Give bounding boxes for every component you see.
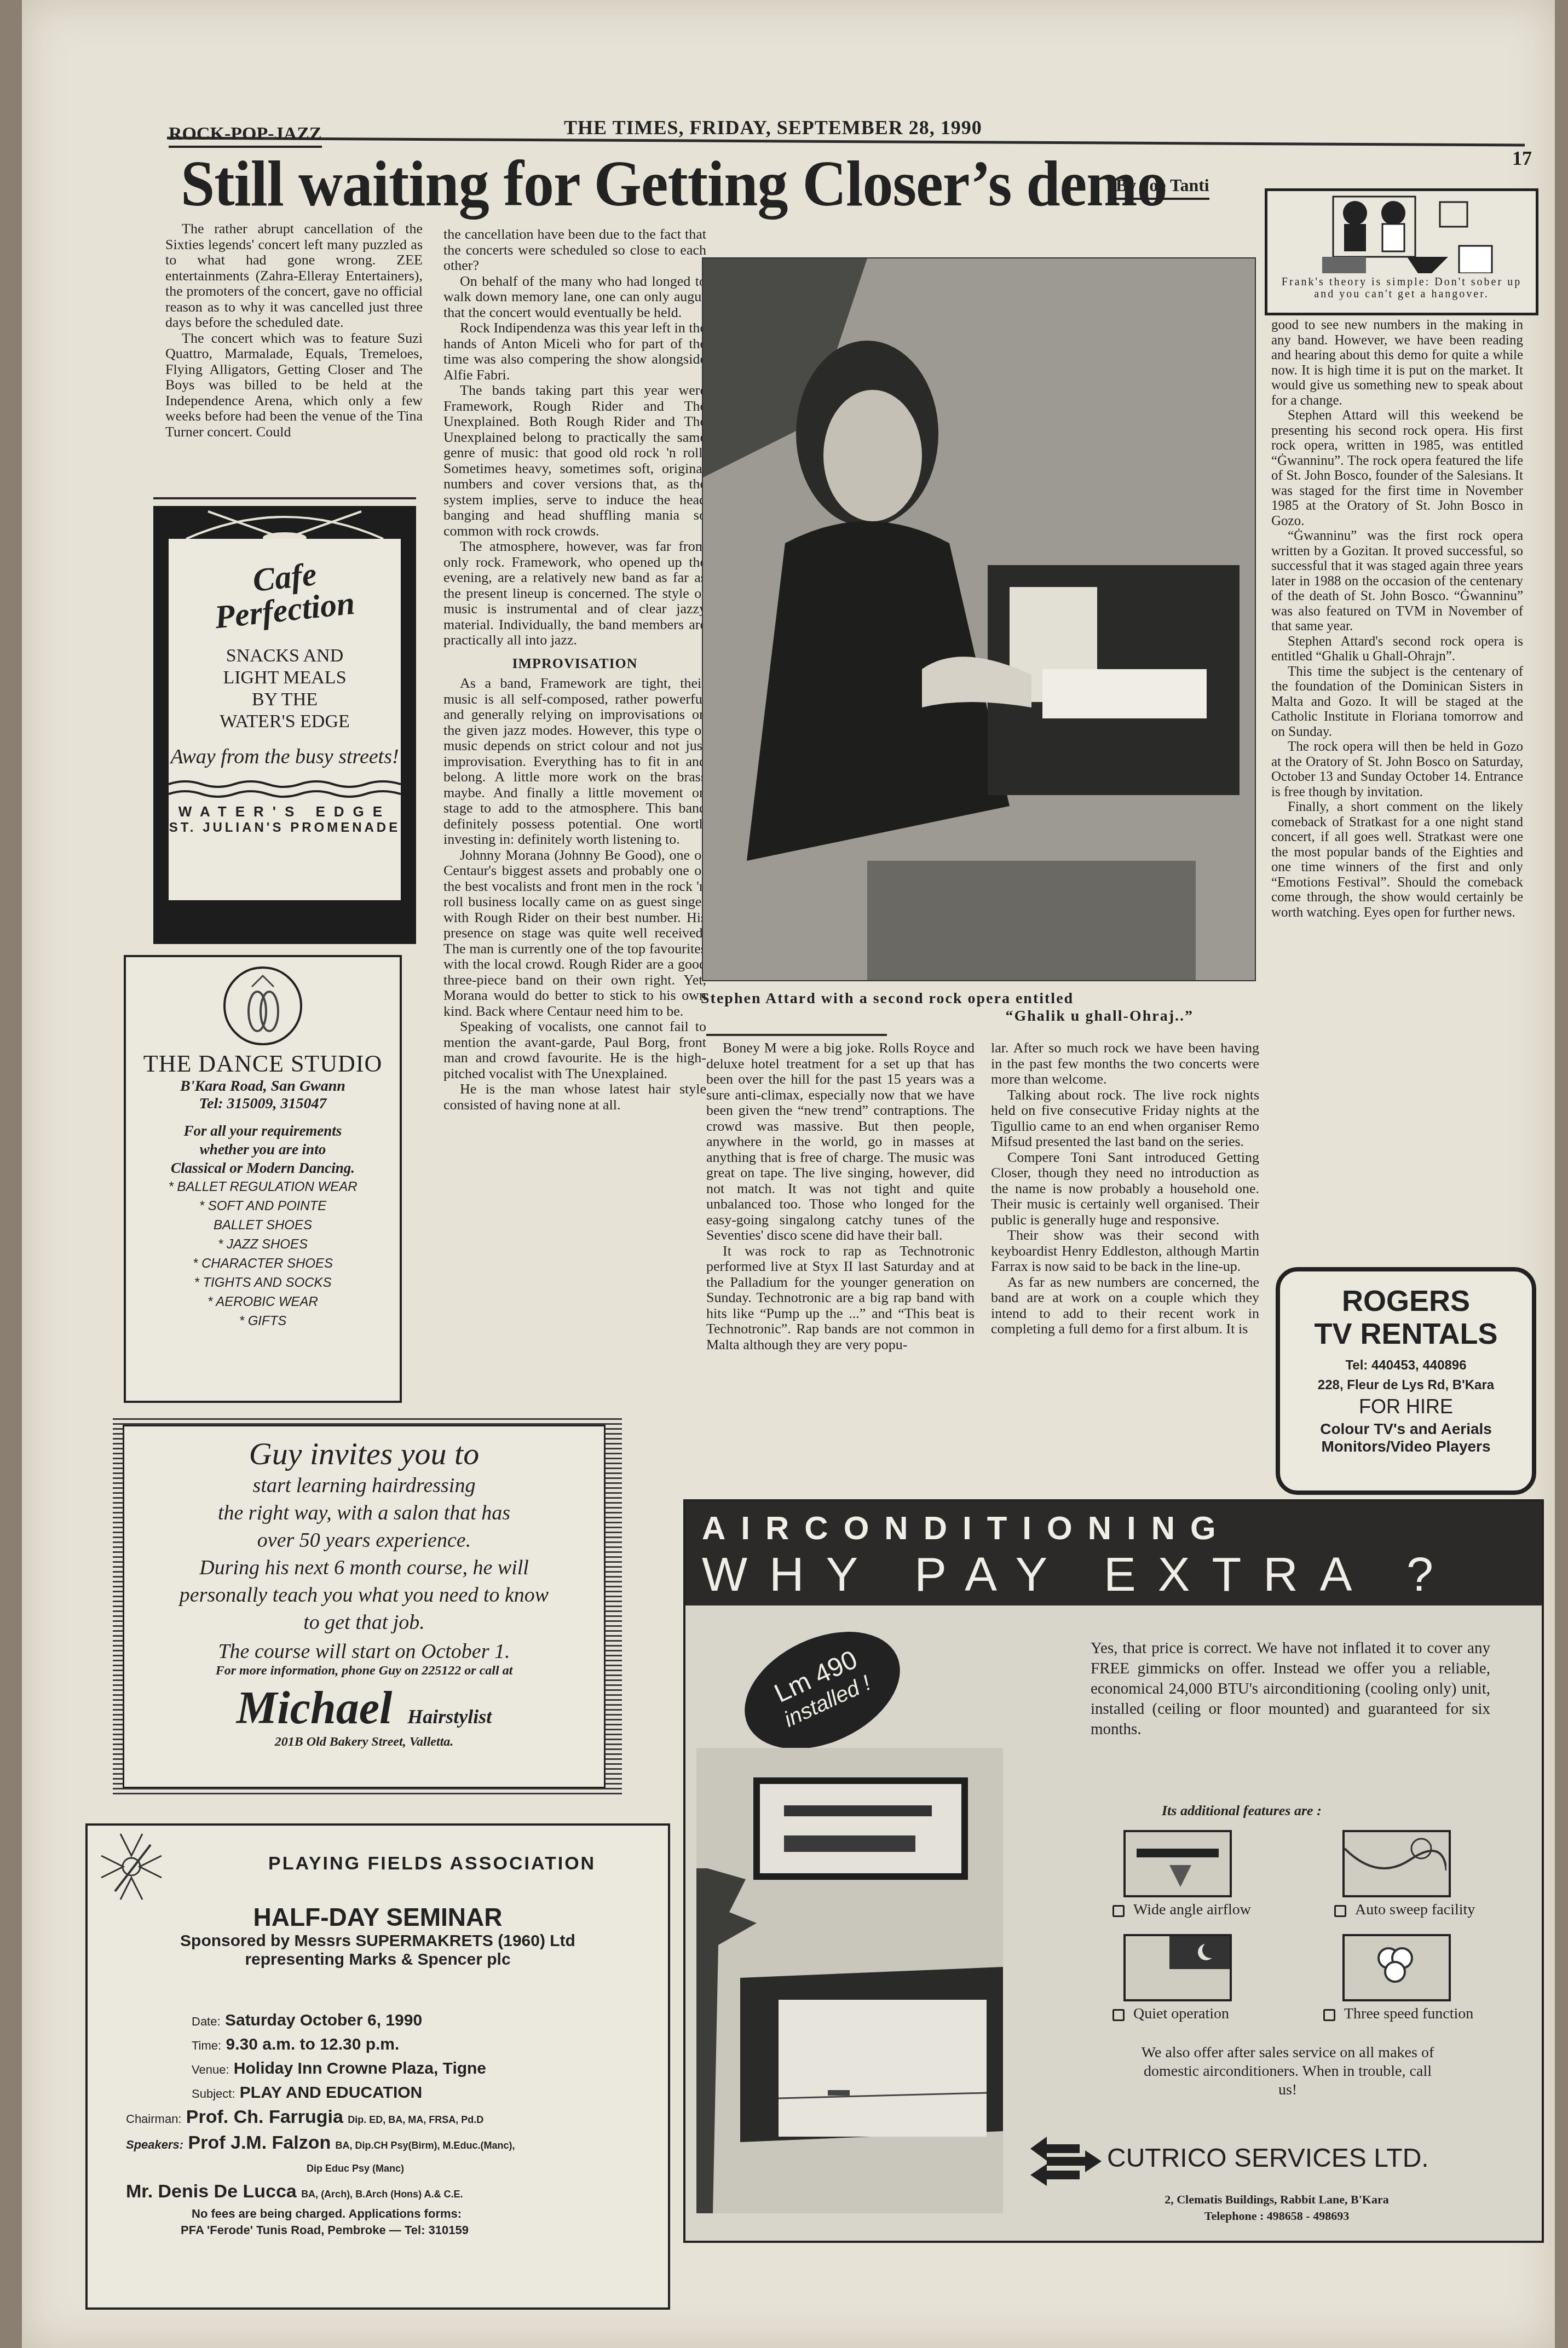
cafe-line: WATER'S EDGE — [169, 711, 401, 733]
guy-line: the right way, with a salon that has — [124, 1499, 604, 1527]
ad-cafe-perfection: Cafe Perfection SNACKS AND LIGHT MEALS B… — [153, 506, 416, 944]
dance-item: * AEROBIC WEAR — [126, 1292, 400, 1311]
pfa-fees: No fees are being charged. Applications … — [126, 2206, 515, 2222]
pfa-chairman: Prof. Ch. Farrugia — [186, 2107, 343, 2127]
pfa-contact: PFA 'Ferode' Tunis Road, Pembroke — Tel:… — [126, 2222, 515, 2238]
paragraph: The bands taking part this year were Fra… — [443, 383, 706, 539]
article-column-1: The rather abrupt cancellation of the Si… — [165, 221, 423, 440]
aircon-banner-line2: WHY PAY EXTRA ? — [685, 1547, 1542, 1599]
paragraph: Compere Toni Sant introduced Getting Clo… — [991, 1150, 1259, 1228]
guy-line: start learning hairdressing — [124, 1472, 604, 1499]
guy-lines: start learning hairdressing the right wa… — [124, 1472, 604, 1636]
feature-label: Three speed function — [1344, 2005, 1473, 2022]
checkbox-icon — [1112, 1905, 1125, 1917]
pfa-venue: Holiday Inn Crowne Plaza, Tigne — [234, 2059, 486, 2077]
sunrise-icon — [153, 506, 416, 539]
guy-start: The course will start on October 1. — [124, 1639, 604, 1664]
feature-label: Auto sweep facility — [1355, 1901, 1475, 1918]
pfa-sponsor-1: Sponsored by Messrs SUPERMAKRETS (1960) … — [88, 1932, 668, 1950]
article-photo-pianist — [702, 257, 1256, 981]
ad-dance-studio: THE DANCE STUDIO B'Kara Road, San Gwann … — [124, 955, 402, 1403]
ad-airconditioning: AIRCONDITIONING WHY PAY EXTRA ? Lm 490 i… — [683, 1499, 1544, 2243]
checkbox-icon — [1323, 2009, 1335, 2021]
feature-label: Quiet operation — [1133, 2005, 1229, 2022]
dance-item: * GIFTS — [126, 1311, 400, 1331]
aircon-telephone: Telephone : 498658 - 498693 — [1069, 2209, 1485, 2223]
paragraph: Boney M were a big joke. Rolls Royce and… — [706, 1040, 975, 1244]
pfa-speakers-label: Speakers: — [126, 2138, 183, 2151]
running-head: THE TIMES, FRIDAY, SEPTEMBER 28, 1990 — [564, 116, 982, 139]
ad-playing-fields-association: PLAYING FIELDS ASSOCIATION HALF-DAY SEMI… — [85, 1823, 670, 2310]
photo-caption: Stephen Attard with a second rock opera … — [701, 990, 1259, 1025]
waves-icon — [169, 779, 401, 801]
pfa-speaker-2: Mr. Denis De Lucca — [126, 2181, 297, 2202]
pfa-chairman-label: Chairman: — [126, 2112, 181, 2126]
paragraph: It was rock to rap as Technotronic perfo… — [706, 1244, 975, 1353]
section-label: ROCK-POP-JAZZ — [169, 124, 322, 148]
dance-intro-line: whether you are into — [126, 1140, 400, 1159]
paragraph: Rock Indipendenza was this year left in … — [443, 320, 706, 383]
cafe-panel: Cafe Perfection SNACKS AND LIGHT MEALS B… — [169, 539, 401, 900]
pfa-time: 9.30 a.m. to 12.30 p.m. — [226, 2035, 400, 2053]
rogers-items-1: Colour TV's and Aerials — [1280, 1420, 1532, 1438]
cafe-line: BY THE — [169, 689, 401, 711]
pfa-org: PLAYING FIELDS ASSOCIATION — [268, 1853, 596, 1874]
pianist-photo-icon — [703, 258, 1255, 980]
paragraph: Talking about rock. The live rock nights… — [991, 1087, 1259, 1150]
paragraph: As a band, Framework are tight, their mu… — [443, 676, 706, 848]
page-number: 17 — [1512, 147, 1532, 170]
paragraph: Their show was their second with keyboar… — [991, 1228, 1259, 1275]
aircon-service: We also offer after sales service on all… — [1134, 2044, 1441, 2099]
cartoon-caption: Frank's theory is simple: Don't sober up… — [1267, 276, 1536, 300]
cafe-tagline: Away from the busy streets! — [169, 745, 401, 769]
dance-item: * CHARACTER SHOES — [126, 1254, 400, 1273]
paragraph: “Ġwanninu” was the first rock opera writ… — [1271, 528, 1523, 634]
rogers-items-2: Monitors/Video Players — [1280, 1438, 1532, 1455]
article-byline: By Joe Tanti — [1116, 175, 1209, 200]
dance-items: * BALLET REGULATION WEAR * SOFT AND POIN… — [126, 1177, 400, 1331]
aircon-features-title: Its additional features are : — [1162, 1803, 1322, 1819]
wide-angle-airflow-icon — [1123, 1830, 1232, 1897]
aircon-company: CUTRICO SERVICES LTD. — [1107, 2143, 1429, 2173]
ballet-shoes-icon — [219, 965, 307, 1047]
pfa-time-label: Time: — [192, 2039, 221, 2052]
three-speed-icon — [1342, 1934, 1451, 2001]
article-column-5: lar. After so much rock we have been hav… — [991, 1040, 1259, 1337]
checkbox-icon — [1334, 1905, 1346, 1917]
cafe-lines: SNACKS AND LIGHT MEALS BY THE WATER'S ED… — [169, 645, 401, 733]
dance-tel: Tel: 315009, 315047 — [126, 1095, 400, 1113]
guy-line: to get that job. — [124, 1609, 604, 1636]
pfa-speaker-1-quals-2: Dip Educ Psy (Manc) — [126, 2157, 515, 2180]
guy-title: Guy invites you to — [124, 1435, 604, 1472]
paragraph: the cancellation have been due to the fa… — [443, 227, 706, 274]
paragraph: This time the subject is the centenary o… — [1271, 664, 1523, 740]
paragraph: On behalf of the many who had longed to … — [443, 274, 706, 321]
guy-address: 201B Old Bakery Street, Valletta. — [124, 1735, 604, 1750]
pfa-speaker-1: Prof J.M. Falzon — [188, 2132, 331, 2153]
paragraph: Stephen Attard will this weekend be pres… — [1271, 408, 1523, 528]
column-rule — [153, 497, 416, 499]
dance-item: BALLET SHOES — [126, 1216, 400, 1235]
pfa-title: HALF-DAY SEMINAR — [88, 1902, 668, 1932]
paragraph: Speaking of vocalists, one cannot fail t… — [443, 1019, 706, 1081]
article-column-2: the cancellation have been due to the fa… — [443, 227, 706, 1113]
paragraph: Finally, a short comment on the likely c… — [1271, 799, 1523, 920]
dance-item: * JAZZ SHOES — [126, 1235, 400, 1254]
dance-item: * BALLET REGULATION WEAR — [126, 1177, 400, 1196]
pfa-date: Saturday October 6, 1990 — [225, 2011, 422, 2029]
quiet-operation-icon — [1123, 1934, 1232, 2001]
dance-item: * SOFT AND POINTE — [126, 1196, 400, 1216]
pfa-venue-label: Venue: — [192, 2063, 229, 2076]
dance-address: B'Kara Road, San Gwann — [126, 1078, 400, 1095]
guy-line: During his next 6 month course, he will — [124, 1554, 604, 1581]
cafe-footer-line1: WATER'S EDGE — [169, 803, 401, 820]
pfa-subject-label: Subject: — [192, 2087, 235, 2100]
caption-line-1: Stephen Attard with a second rock opera … — [701, 990, 1259, 1008]
pfa-subject: PLAY AND EDUCATION — [240, 2084, 422, 2102]
newspaper-page: THE TIMES, FRIDAY, SEPTEMBER 28, 1990 17… — [22, 0, 1555, 2348]
aircon-address: 2, Clematis Buildings, Rabbit Lane, B'Ka… — [1069, 2192, 1485, 2207]
feature-quiet-operation: Quiet operation — [1112, 2005, 1229, 2023]
paragraph: The concert which was to feature Suzi Qu… — [165, 331, 423, 440]
paragraph: The atmosphere, however, was far from on… — [443, 539, 706, 648]
pfa-chairman-quals: Dip. ED, BA, MA, FRSA, Pd.D — [348, 2114, 483, 2125]
cartoon-drawing-icon — [1267, 191, 1530, 273]
rogers-tel: Tel: 440453, 440896 — [1280, 1358, 1532, 1373]
paragraph: The rather abrupt cancellation of the Si… — [165, 221, 423, 331]
exchange-arrows-icon — [1030, 2137, 1102, 2186]
paragraph: Johnny Morana (Johnny Be Good), one of C… — [443, 848, 706, 1020]
rogers-hire: FOR HIRE — [1280, 1395, 1532, 1418]
maltese-cross-icon — [99, 1831, 164, 1902]
pfa-speaker-1-quals: BA, Dip.CH Psy(Birm), M.Educ.(Manc), — [336, 2140, 515, 2151]
dance-intro: For all your requirements whether you ar… — [126, 1121, 400, 1177]
dance-intro-line: Classical or Modern Dancing. — [126, 1159, 400, 1177]
cafe-line: LIGHT MEALS — [169, 667, 401, 689]
paragraph: Stephen Attard's second rock opera is en… — [1271, 634, 1523, 664]
paragraph: good to see new numbers in the making in… — [1271, 318, 1523, 408]
pfa-details: HALF-DAY SEMINAR Sponsored by Messrs SUP… — [88, 1902, 668, 1969]
pfa-speaker-2-quals: BA, (Arch), B.Arch (Hons) A.& C.E. — [301, 2189, 463, 2200]
cartoon-box: Frank's theory is simple: Don't sober up… — [1265, 188, 1538, 315]
dance-intro-line: For all your requirements — [126, 1121, 400, 1140]
feature-wide-angle-airflow: Wide angle airflow — [1112, 1901, 1251, 1919]
aircon-banner: AIRCONDITIONING WHY PAY EXTRA ? — [685, 1501, 1542, 1605]
dance-item: * TIGHTS AND SOCKS — [126, 1273, 400, 1292]
caption-line-2: “Ghalik u ghall-Ohraj..” — [701, 1008, 1259, 1025]
ad-rogers-tv-rentals: ROGERS TV RENTALS Tel: 440453, 440896 22… — [1276, 1267, 1536, 1495]
pfa-schedule: Date: Saturday October 6, 1990 Time: 9.3… — [126, 2009, 515, 2238]
paragraph: lar. After so much rock we have been hav… — [991, 1040, 1259, 1087]
article-column-4: Boney M were a big joke. Rolls Royce and… — [706, 1040, 975, 1353]
cafe-line: SNACKS AND — [169, 645, 401, 667]
feature-auto-sweep: Auto sweep facility — [1334, 1901, 1475, 1919]
cafe-footer-line2: ST. JULIAN'S PROMENADE — [169, 820, 401, 836]
article-column-6: good to see new numbers in the making in… — [1271, 318, 1523, 920]
guy-name: Michael — [237, 1683, 393, 1734]
guy-line: over 50 years experience. — [124, 1527, 604, 1554]
aircon-unit-photo-icon — [696, 1748, 1003, 2213]
guy-line: personally teach you what you need to kn… — [124, 1581, 604, 1609]
pfa-sponsor-2: representing Marks & Spencer plc — [88, 1950, 668, 1969]
article-subhead: IMPROVISATION — [443, 656, 706, 672]
rogers-line2: TV RENTALS — [1280, 1317, 1532, 1350]
pfa-date-label: Date: — [192, 2015, 221, 2028]
hairstylist-panel: Guy invites you to start learning hairdr… — [123, 1425, 606, 1788]
rogers-line1: ROGERS — [1280, 1285, 1532, 1317]
dance-title: THE DANCE STUDIO — [126, 1050, 400, 1078]
guy-info: For more information, phone Guy on 22512… — [124, 1664, 604, 1678]
paragraph: He is the man whose latest hair style co… — [443, 1081, 706, 1113]
aircon-body: Yes, that price is correct. We have not … — [1091, 1638, 1490, 1740]
ad-michael-hairstylist: Guy invites you to start learning hairdr… — [113, 1418, 622, 1796]
auto-sweep-icon — [1342, 1830, 1451, 1897]
feature-label: Wide angle airflow — [1133, 1901, 1251, 1918]
paragraph: The rock opera will then be held in Gozo… — [1271, 739, 1523, 799]
checkbox-icon — [1112, 2009, 1125, 2021]
article-headline: Still waiting for Getting Closer’s demo — [181, 152, 1167, 216]
caption-rule — [706, 1034, 887, 1036]
guy-role: Hairstylist — [407, 1706, 492, 1728]
paragraph: As far as new numbers are concerned, the… — [991, 1275, 1259, 1337]
aircon-banner-line1: AIRCONDITIONING — [685, 1501, 1542, 1547]
feature-three-speed: Three speed function — [1323, 2005, 1473, 2023]
rogers-address: 228, Fleur de Lys Rd, B'Kara — [1280, 1378, 1532, 1393]
